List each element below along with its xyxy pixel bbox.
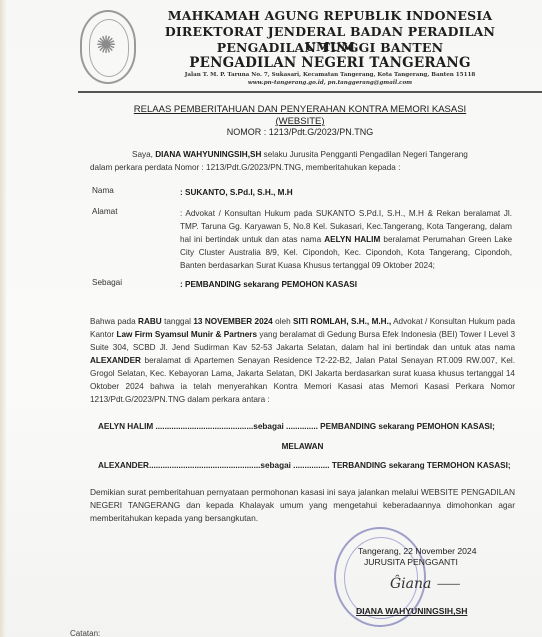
signature-name: DIANA WAHYUNINGSIH,SH bbox=[356, 606, 467, 616]
lawyer-name: SITI ROMLAH, S.H., M.H., bbox=[293, 317, 391, 326]
document-subtitle: (WEBSITE) bbox=[100, 116, 500, 127]
letterhead-address: Jalan T. M. P. Taruna No. 7, Sukasari, K… bbox=[140, 72, 520, 78]
address-label: Alamat bbox=[92, 207, 117, 216]
address-value: : Advokat / Konsultan Hukum pada SUKANTO… bbox=[180, 207, 512, 272]
bailiff-name: DIANA WAHYUNINGSIH,SH bbox=[155, 150, 261, 159]
role-label: Sebagai bbox=[92, 278, 122, 287]
letterhead-contact: www.pn-tangerang.go.id, pn.tanggerang@gm… bbox=[140, 80, 520, 86]
court-emblem-icon: ✺ bbox=[80, 10, 136, 84]
letterhead-line-1: MAHKAMAH AGUNG REPUBLIK INDONESIA bbox=[140, 8, 520, 23]
respondent-name: ALEXANDER bbox=[90, 356, 141, 365]
signature-place-date: Tangerang, 22 November 2024 bbox=[358, 546, 476, 556]
party-appellant: AELYN HALIM ............................… bbox=[98, 422, 495, 431]
handwritten-signature: Ĝiana ⸺ bbox=[390, 573, 460, 593]
intro-prefix: Saya, bbox=[132, 150, 153, 159]
statement-text: tanggal bbox=[164, 317, 191, 326]
statement-text: beralamat di Apartemen Senayan Residence… bbox=[90, 356, 515, 404]
signature-role: JURUSITA PENGGANTI bbox=[364, 557, 458, 567]
letterhead-divider bbox=[78, 91, 542, 93]
document-page: ✺ MAHKAMAH AGUNG REPUBLIK INDONESIA DIRE… bbox=[0, 0, 542, 637]
footer-note: Catatan: bbox=[70, 629, 100, 637]
letterhead-line-4: PENGADILAN NEGERI TANGERANG bbox=[140, 55, 520, 71]
name-label: Nama bbox=[92, 186, 114, 195]
emblem-star-icon: ✺ bbox=[96, 34, 116, 58]
letterhead-line-3: PENGADILAN TINGGI BANTEN bbox=[140, 40, 520, 55]
client-name: AELYN HALIM bbox=[324, 235, 380, 244]
page-edge-shadow bbox=[0, 0, 6, 637]
statement-day: RABU bbox=[138, 317, 162, 326]
statement-text: Bahwa pada bbox=[90, 317, 136, 326]
role-value: : PEMBANDING sekarang PEMOHON KASASI bbox=[180, 278, 512, 291]
name-value: : SUKANTO, S.Pd.I, S.H., M.H bbox=[180, 186, 512, 199]
statement-paragraph: Bahwa pada RABU tanggal 13 NOVEMBER 2024… bbox=[90, 315, 515, 406]
statement-date: 13 NOVEMBER 2024 bbox=[193, 317, 272, 326]
closing-paragraph: Demikian surat pemberitahuan pernyataan … bbox=[90, 486, 515, 525]
intro-line-2: dalam perkara perdata Nomor : 1213/Pdt.G… bbox=[90, 161, 510, 174]
document-number: NOMOR : 1213/Pdt.G/2023/PN.TNG bbox=[100, 127, 500, 137]
party-respondent: ALEXANDER...............................… bbox=[98, 461, 511, 470]
law-firm-name: Law Firm Syamsul Munir & Partners bbox=[116, 330, 257, 339]
intro-line-1: Saya, DIANA WAHYUNINGSIH,SH selaku Jurus… bbox=[132, 148, 512, 161]
statement-text: oleh bbox=[275, 317, 290, 326]
document-title: RELAAS PEMBERITAHUAN DAN PENYERAHAN KONT… bbox=[100, 104, 500, 115]
intro-text: selaku Jurusita Pengganti Pengadilan Neg… bbox=[264, 150, 468, 159]
versus-label: MELAWAN bbox=[90, 442, 515, 451]
